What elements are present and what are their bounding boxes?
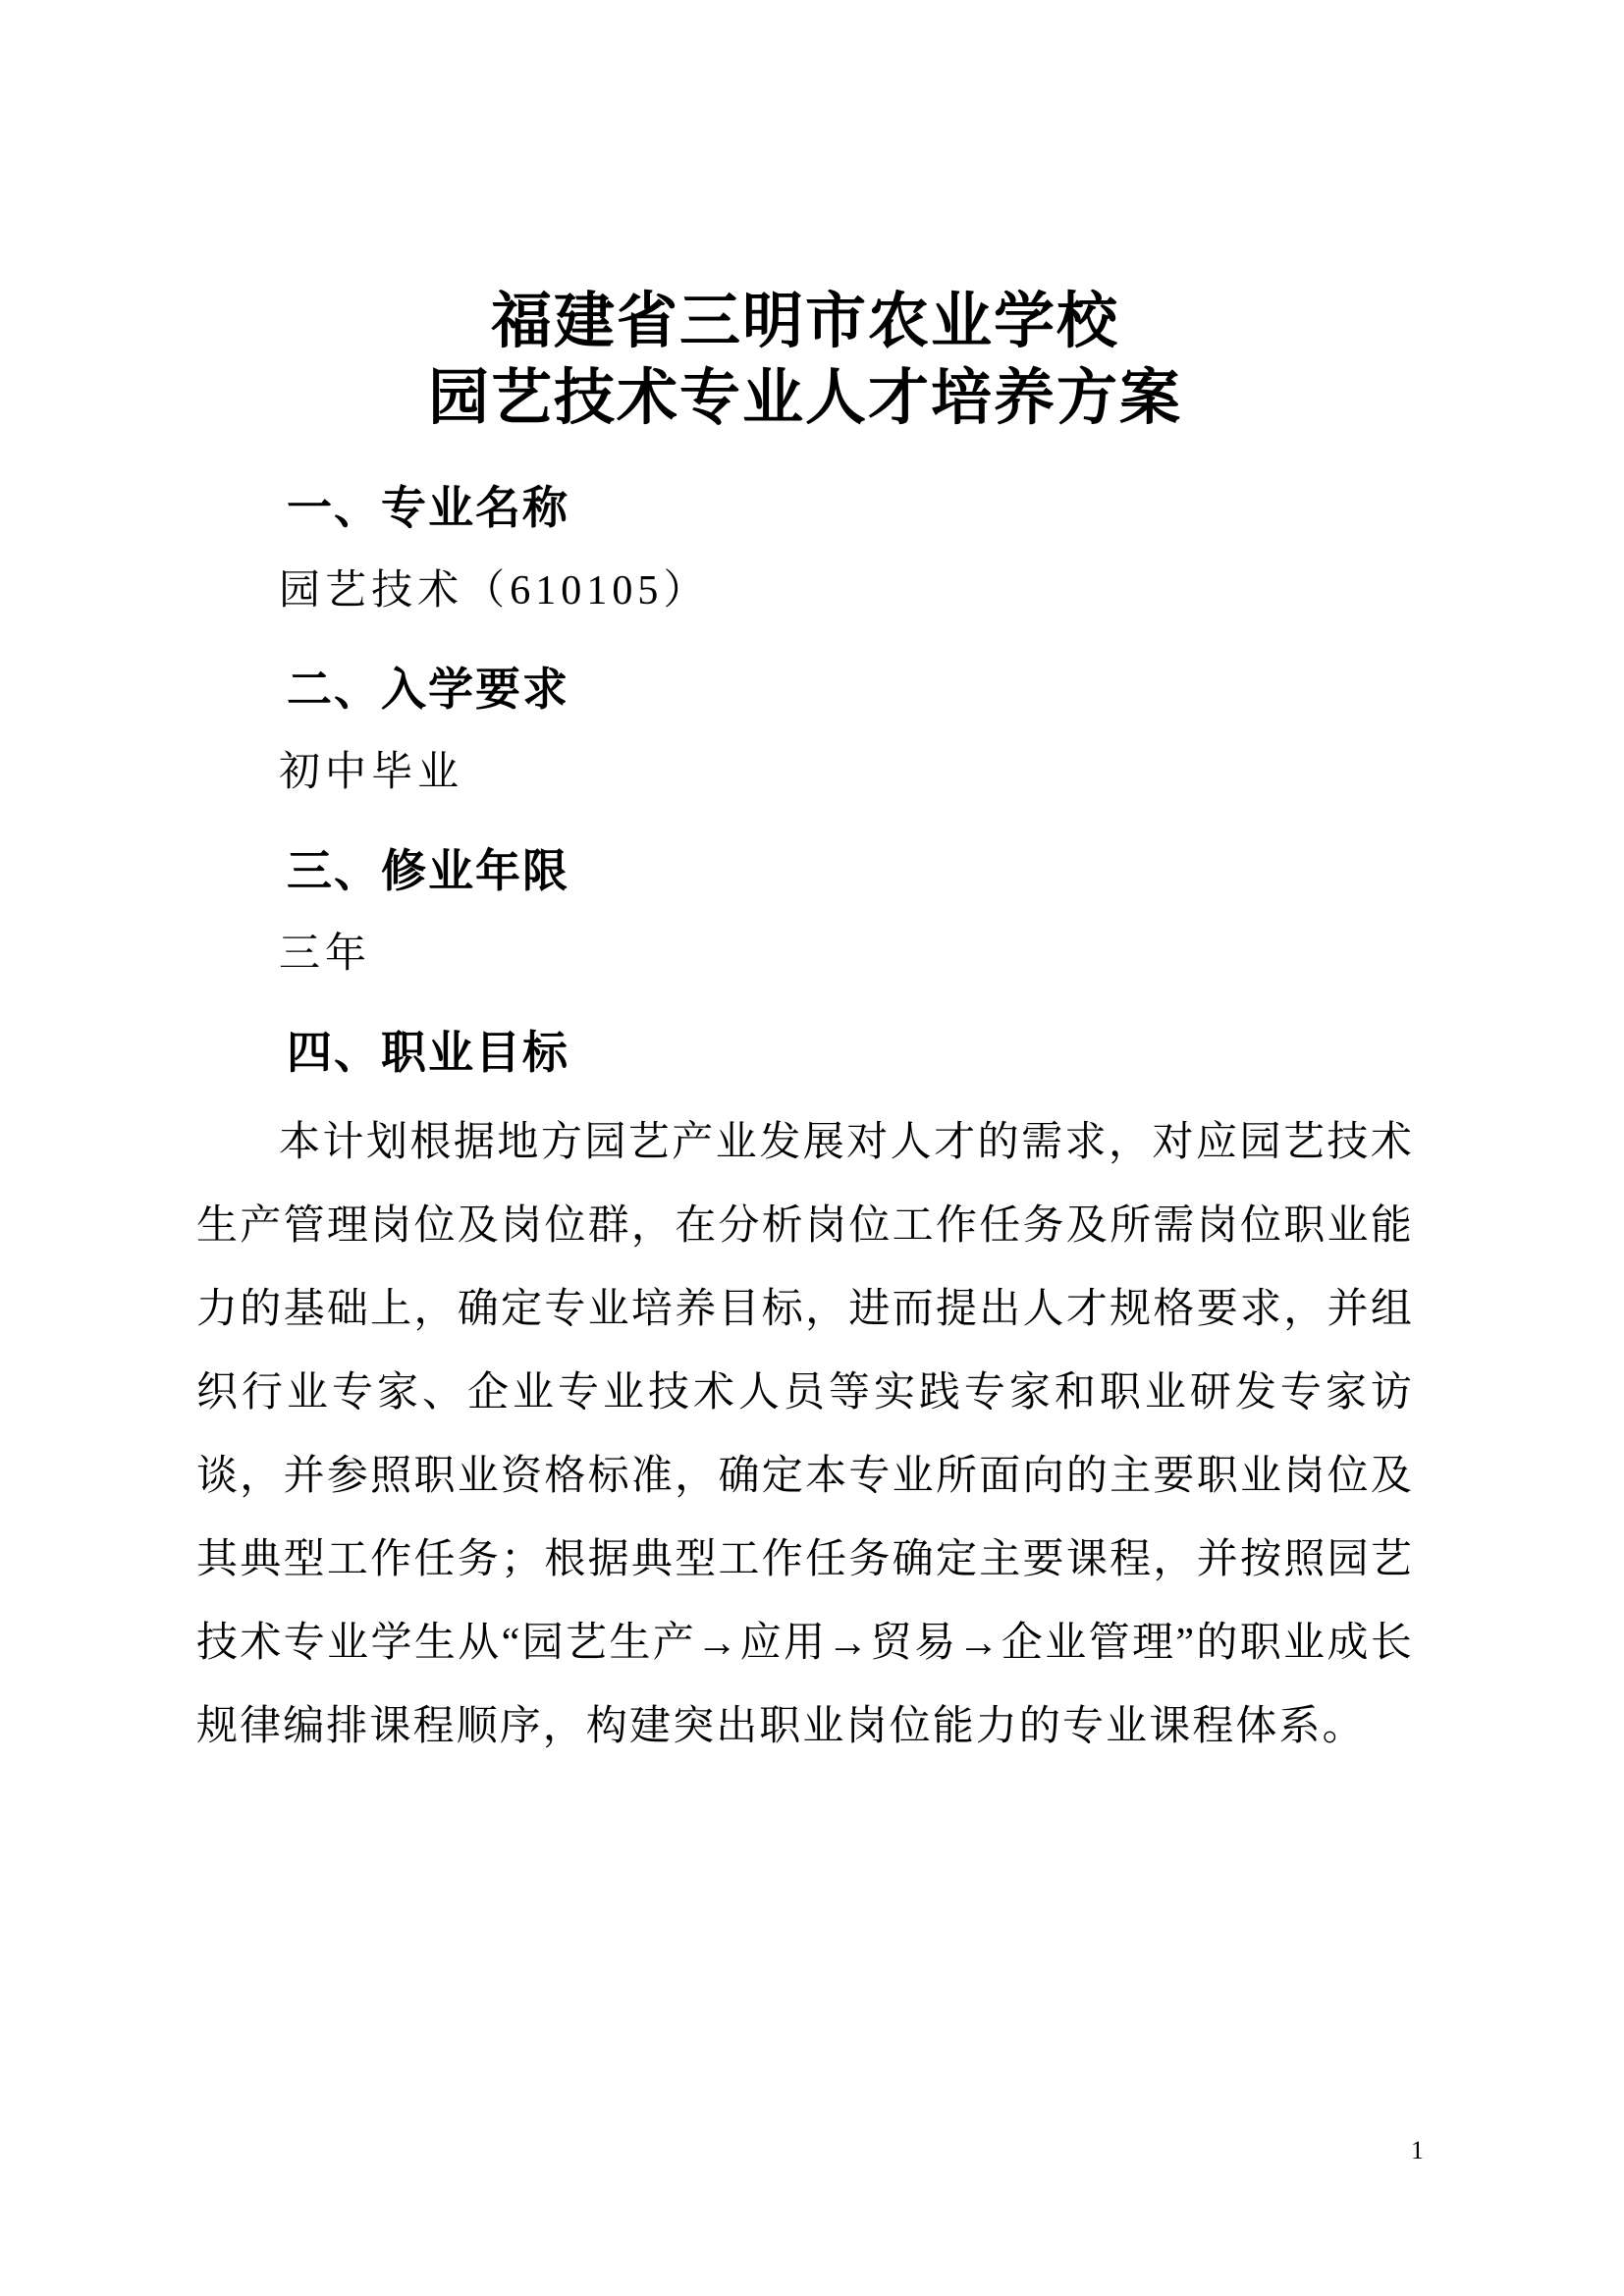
document-title-line-2: 园艺技术专业人才培养方案 bbox=[196, 360, 1414, 437]
section-body-admission-requirement: 初中毕业 bbox=[196, 746, 1414, 800]
page-number: 1 bbox=[1411, 2136, 1424, 2165]
section-heading-major-name: 一、专业名称 bbox=[196, 483, 1414, 532]
section-heading-study-duration: 三、修业年限 bbox=[196, 846, 1414, 895]
section-study-duration: 三、修业年限 三年 bbox=[196, 846, 1414, 982]
section-heading-admission-requirement: 二、入学要求 bbox=[196, 665, 1414, 714]
document-title: 福建省三明市农业学校 园艺技术专业人才培养方案 bbox=[196, 284, 1414, 437]
section-admission-requirement: 二、入学要求 初中毕业 bbox=[196, 665, 1414, 800]
page-content: 福建省三明市农业学校 园艺技术专业人才培养方案 一、专业名称 园艺技术（6101… bbox=[0, 0, 1624, 1769]
section-major-name: 一、专业名称 园艺技术（610105） bbox=[196, 483, 1414, 618]
section-body-major-name: 园艺技术（610105） bbox=[196, 564, 1414, 618]
document-page: 福建省三明市农业学校 园艺技术专业人才培养方案 一、专业名称 园艺技术（6101… bbox=[0, 0, 1624, 2296]
section-body-career-objectives: 本计划根据地方园艺产业发展对人才的需求，对应园艺技术生产管理岗位及岗位群，在分析… bbox=[196, 1101, 1414, 1769]
document-title-line-1: 福建省三明市农业学校 bbox=[196, 284, 1414, 360]
section-heading-career-objectives: 四、职业目标 bbox=[196, 1028, 1414, 1077]
section-body-study-duration: 三年 bbox=[196, 928, 1414, 982]
section-career-objectives: 四、职业目标 本计划根据地方园艺产业发展对人才的需求，对应园艺技术生产管理岗位及… bbox=[196, 1028, 1414, 1769]
